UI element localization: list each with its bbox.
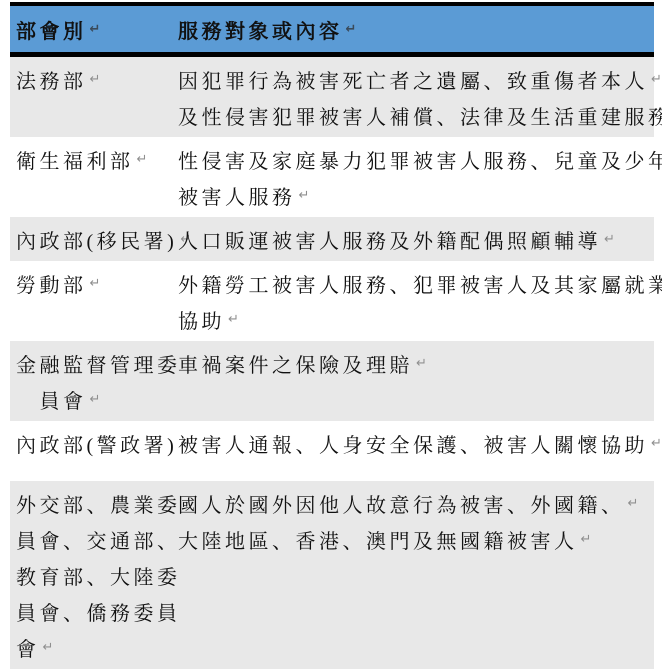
content-cell: 人口販運被害人服務及外籍配偶照顧輔導↵ (174, 221, 654, 257)
cell-text: 金融監督管理委 (16, 349, 181, 378)
text-line: 員會、僑務委員 (16, 593, 174, 629)
cell-text: 及性侵害犯罪被害人補償、法律及生活重建服務 (178, 101, 662, 130)
paragraph-mark-icon: ↵ (137, 152, 148, 167)
cell-text: 被害人通報、人身安全保護、被害人關懷協助 (178, 429, 648, 458)
table-row: 法務部↵ 因犯罪行為被害死亡者之遺屬、致重傷者本人↵及性侵害犯罪被害人補償、法律… (10, 57, 654, 137)
cell-text: 會 (16, 633, 40, 662)
content-cell: 被害人通報、人身安全保護、被害人關懷協助↵ (174, 425, 662, 461)
text-line: 被害人通報、人身安全保護、被害人關懷協助↵ (178, 425, 662, 461)
cell-text: 教育部、大陸委 (16, 561, 181, 590)
content-cell: 國人於國外因他人故意行為被害、外國籍、↵大陸地區、香港、澳門及無國籍被害人↵ (174, 485, 654, 665)
cell-text: 內政部(警政署) (16, 429, 177, 458)
ministry-cell: 勞動部↵ (10, 265, 174, 337)
cell-text: 被害人服務 (178, 181, 296, 210)
cell-text: 外交部、農業委 (16, 489, 181, 518)
ministry-cell: 金融監督管理委 員會↵ (10, 345, 174, 417)
paragraph-mark-icon: ↵ (299, 188, 310, 203)
cell-text: 法務部 (16, 65, 87, 94)
cell-text: 大陸地區、香港、澳門及無國籍被害人 (178, 525, 578, 554)
paragraph-mark-icon: ↵ (416, 356, 427, 371)
header-ministry-label: 部會別 (16, 15, 87, 44)
text-line: 協助↵ (178, 301, 662, 337)
header-cell-ministry: 部會別↵ (10, 11, 174, 47)
text-line: 員會↵ (16, 381, 174, 417)
text-line: 內政部(警政署)↵ (16, 425, 174, 461)
ministry-cell: 內政部(警政署)↵ (10, 425, 174, 461)
ministry-cell: 外交部、農業委員會、交通部、教育部、大陸委員會、僑務委員會↵ (10, 485, 174, 665)
paragraph-mark-icon: ↵ (228, 312, 239, 327)
text-line: 被害人服務↵ (178, 177, 662, 213)
text-line: 金融監督管理委 (16, 345, 174, 381)
text-line: 外籍勞工被害人服務、犯罪被害人及其家屬就業↵ (178, 265, 662, 301)
text-line: 國人於國外因他人故意行為被害、外國籍、↵ (178, 485, 654, 521)
cell-text: 內政部(移民署) (16, 225, 177, 254)
paragraph-mark-icon: ↵ (604, 232, 615, 247)
text-line: 大陸地區、香港、澳門及無國籍被害人↵ (178, 521, 654, 557)
text-line: 因犯罪行為被害死亡者之遺屬、致重傷者本人↵ (178, 61, 662, 97)
table-row: 內政部(移民署)↵ 人口販運被害人服務及外籍配偶照顧輔導↵ (10, 217, 654, 261)
paragraph-mark-icon: ↵ (90, 276, 101, 291)
table-row: 勞動部↵ 外籍勞工被害人服務、犯罪被害人及其家屬就業↵協助↵ (10, 261, 654, 341)
text-line: 部會別↵ (16, 11, 174, 47)
text-line: 會↵ (16, 629, 174, 665)
table-row: 內政部(警政署)↵ 被害人通報、人身安全保護、被害人關懷協助↵ (10, 421, 654, 481)
text-line: 及性侵害犯罪被害人補償、法律及生活重建服務↵ (178, 97, 662, 133)
text-line: 服務對象或內容↵ (178, 11, 654, 47)
paragraph-mark-icon: ↵ (346, 22, 357, 37)
content-cell: 車禍案件之保險及理賠↵ (174, 345, 654, 417)
cell-text: 員會、僑務委員 (16, 597, 181, 626)
cell-text: 國人於國外因他人故意行為被害、外國籍、 (178, 489, 625, 518)
cell-text: 外籍勞工被害人服務、犯罪被害人及其家屬就業 (178, 269, 662, 298)
content-cell: 性侵害及家庭暴力犯罪被害人服務、兒童及少年↵被害人服務↵ (174, 141, 662, 213)
paragraph-mark-icon: ↵ (651, 436, 662, 451)
table-header-row: 部會別↵ 服務對象或內容↵ (10, 6, 654, 57)
header-cell-content: 服務對象或內容↵ (174, 11, 654, 47)
ministry-cell: 衛生福利部↵ (10, 141, 174, 213)
paragraph-mark-icon: ↵ (581, 532, 592, 547)
text-line: 教育部、大陸委 (16, 557, 174, 593)
text-line: 員會、交通部、 (16, 521, 174, 557)
cell-text: 人口販運被害人服務及外籍配偶照顧輔導 (178, 225, 601, 254)
text-line: 性侵害及家庭暴力犯罪被害人服務、兒童及少年↵ (178, 141, 662, 177)
table-rows: 法務部↵ 因犯罪行為被害死亡者之遺屬、致重傷者本人↵及性侵害犯罪被害人補償、法律… (10, 57, 654, 669)
cell-text: 衛生福利部 (16, 145, 134, 174)
content-cell: 因犯罪行為被害死亡者之遺屬、致重傷者本人↵及性侵害犯罪被害人補償、法律及生活重建… (174, 61, 662, 133)
text-line: 外交部、農業委 (16, 485, 174, 521)
cell-text: 員會、交通部、 (16, 525, 181, 554)
cell-text: 協助 (178, 305, 225, 334)
table-row: 衛生福利部↵ 性侵害及家庭暴力犯罪被害人服務、兒童及少年↵被害人服務↵ (10, 137, 654, 217)
paragraph-mark-icon: ↵ (90, 22, 101, 37)
content-cell: 外籍勞工被害人服務、犯罪被害人及其家屬就業↵協助↵ (174, 265, 662, 337)
text-line: 法務部↵ (16, 61, 174, 97)
cell-text: 勞動部 (16, 269, 87, 298)
paragraph-mark-icon: ↵ (90, 72, 101, 87)
cell-text: 員會 (16, 385, 87, 414)
text-line: 衛生福利部↵ (16, 141, 174, 177)
paragraph-mark-icon: ↵ (90, 392, 101, 407)
paragraph-mark-icon: ↵ (628, 496, 639, 511)
cell-text: 性侵害及家庭暴力犯罪被害人服務、兒童及少年 (178, 145, 662, 174)
table-row: 金融監督管理委 員會↵ 車禍案件之保險及理賠↵ (10, 341, 654, 421)
document-page: 部會別↵ 服務對象或內容↵ 法務部↵ 因犯罪行為被害死亡者之遺屬、致重傷者本人↵… (0, 0, 662, 669)
table-row: 外交部、農業委員會、交通部、教育部、大陸委員會、僑務委員會↵ 國人於國外因他人故… (10, 481, 654, 669)
header-content-label: 服務對象或內容 (178, 15, 343, 44)
paragraph-mark-icon: ↵ (651, 72, 662, 87)
text-line: 車禍案件之保險及理賠↵ (178, 345, 654, 381)
text-line: 內政部(移民署)↵ (16, 221, 174, 257)
ministry-cell: 內政部(移民署)↵ (10, 221, 174, 257)
text-line: 人口販運被害人服務及外籍配偶照顧輔導↵ (178, 221, 654, 257)
cell-text: 車禍案件之保險及理賠 (178, 349, 413, 378)
ministries-service-table: 部會別↵ 服務對象或內容↵ 法務部↵ 因犯罪行為被害死亡者之遺屬、致重傷者本人↵… (10, 2, 654, 669)
paragraph-mark-icon: ↵ (43, 640, 54, 655)
cell-text: 因犯罪行為被害死亡者之遺屬、致重傷者本人 (178, 65, 648, 94)
ministry-cell: 法務部↵ (10, 61, 174, 133)
text-line: 勞動部↵ (16, 265, 174, 301)
